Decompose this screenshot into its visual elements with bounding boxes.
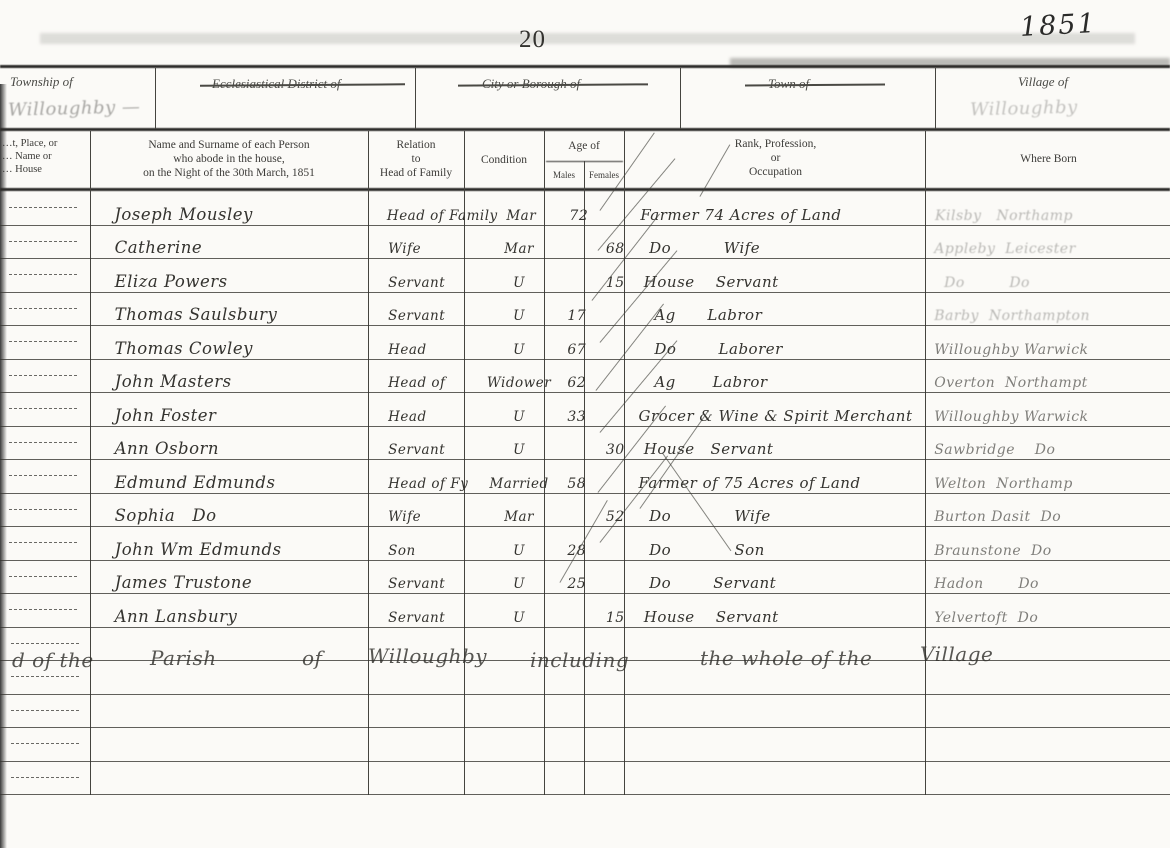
address-cell [0, 594, 87, 627]
condition-cell: U [481, 393, 558, 426]
where-born-cell: Braunstone Do [928, 527, 1170, 560]
year-annotation: 1851 [1019, 8, 1097, 43]
where-born-cell: Kilsby Northamp [929, 192, 1170, 225]
rule-line [0, 128, 1170, 131]
census-row: CatherineWifeMar68 Do WifeAppleby Leices… [0, 226, 1170, 260]
condition-cell: Mar [481, 226, 558, 259]
census-row: Ann OsbornServantU30 House ServantSawbri… [0, 427, 1170, 461]
condition-cell: Mar [481, 494, 558, 527]
condition-cell: U [481, 561, 558, 594]
census-row: John Wm EdmundsSonU28 Do SonBraunstone D… [0, 527, 1170, 561]
where-born-cell: Do Do [928, 259, 1170, 292]
where-born-cell: Barby Northampton [928, 293, 1170, 326]
village-label: Village of [1018, 74, 1068, 90]
name-column-header: Name and Surname of each Person who abod… [92, 138, 366, 180]
census-scan-page: 20 1851 Township of Willoughby — Ecclesi… [0, 0, 1170, 848]
occupation-cell: Ag Labror [635, 360, 929, 393]
age-males-cell [558, 427, 597, 460]
name-cell: Sophia Do [87, 494, 383, 527]
column-divider [680, 68, 681, 129]
footer-note-segment: of [302, 646, 322, 670]
age-females-cell: 15 [596, 594, 635, 627]
footer-note-segment: the whole of the [700, 646, 872, 670]
header-line: Name and Surname of each Person [92, 138, 366, 152]
relation-cell: Servant [382, 561, 480, 594]
page-number: 20 [519, 26, 546, 54]
relation-cell: Wife [382, 494, 480, 527]
condition-cell: Married [481, 460, 558, 493]
relation-cell: Servant [382, 259, 480, 292]
condition-cell: Widower [481, 360, 558, 393]
condition-cell: U [481, 527, 558, 560]
ditto-dash [9, 375, 77, 376]
ditto-dash [9, 475, 77, 476]
condition-cell: U [481, 326, 558, 359]
census-row: Ann LansburyServantU15 House ServantYelv… [0, 594, 1170, 628]
column-divider [935, 68, 936, 129]
header-line: who abode in the house, [92, 152, 366, 166]
address-cell [0, 259, 87, 292]
rule-line [0, 188, 1170, 191]
footer-note-segment: Village [920, 642, 993, 666]
ditto-dash [9, 274, 77, 275]
where-born-cell: Appleby Leicester [928, 226, 1170, 259]
census-row: John FosterHeadU33Grocer & Wine & Spirit… [0, 393, 1170, 427]
address-cell [0, 460, 87, 493]
name-cell: John Foster [87, 393, 383, 426]
address-cell [0, 393, 87, 426]
address-cell [0, 293, 87, 326]
relation-column-header: Relation to Head of Family [370, 138, 462, 180]
age-males-cell: 17 [558, 293, 597, 326]
address-cell [0, 695, 90, 728]
relation-cell: Head of [382, 360, 480, 393]
census-row: Eliza PowersServantU15 House Servant Do … [0, 259, 1170, 293]
age-males-cell: 67 [558, 326, 597, 359]
footer-note-segment: Parish [150, 646, 217, 670]
age-column-header: Age of [546, 139, 622, 153]
header-line: Occupation [626, 165, 925, 179]
empty-row [0, 762, 1170, 796]
relation-cell: Head [382, 393, 480, 426]
occupation-cell: House Servant [635, 594, 929, 627]
relation-cell: Head of Fy [382, 460, 480, 493]
relation-cell: Servant [382, 594, 480, 627]
census-row: Thomas SaulsburyServantU17 Ag LabrorBarb… [0, 293, 1170, 327]
name-cell: Thomas Saulsbury [87, 293, 383, 326]
age-males-cell [558, 226, 597, 259]
ditto-dash [9, 207, 77, 208]
ditto-dash [9, 442, 77, 443]
village-value: Willoughby [970, 97, 1078, 121]
scan-smudge [40, 33, 1135, 44]
occupation-cell: Do Son [635, 527, 929, 560]
name-cell: Thomas Cowley [87, 326, 383, 359]
header-line: … House [2, 164, 88, 177]
ditto-dash [11, 643, 79, 644]
where-born-cell: Welton Northamp [928, 460, 1170, 493]
column-divider [155, 68, 156, 129]
empty-row [0, 728, 1170, 762]
header-line: on the Night of the 30th March, 1851 [92, 166, 366, 180]
age-females-subheader: Females [584, 170, 624, 181]
census-row: Joseph MousleyHead of FamilyMar72Farmer … [0, 192, 1170, 226]
condition-cell: U [481, 293, 558, 326]
ditto-dash [11, 676, 79, 677]
column-divider [415, 68, 416, 129]
where-born-cell: Willoughby Warwick [928, 393, 1170, 426]
name-cell: Catherine [87, 226, 383, 259]
address-cell [0, 561, 87, 594]
census-row: Edmund EdmundsHead of FyMarried58Farmer … [0, 460, 1170, 494]
name-cell: Eliza Powers [87, 259, 383, 292]
where-born-cell: Hadon Do [928, 561, 1170, 594]
header-line: Head of Family [370, 166, 462, 180]
ditto-dash [9, 576, 77, 577]
header-line: Relation [370, 138, 462, 152]
age-males-subheader: Males [545, 170, 583, 181]
age-males-cell [558, 594, 597, 627]
age-males-cell: 58 [558, 460, 597, 493]
condition-column-header: Condition [466, 153, 542, 167]
where-born-cell: Burton Dasit Do [928, 494, 1170, 527]
age-males-cell [558, 259, 597, 292]
strike-mark [745, 84, 885, 86]
occupation-column-header: Rank, Profession, or Occupation [626, 137, 925, 179]
occupation-cell: Do Wife [635, 494, 929, 527]
condition-cell: U [481, 594, 558, 627]
age-males-cell: 62 [558, 360, 597, 393]
name-cell: Ann Osborn [87, 427, 383, 460]
address-cell [0, 762, 90, 795]
occupation-cell: Farmer 74 Acres of Land [636, 192, 929, 225]
occupation-cell: Do Laborer [635, 326, 929, 359]
rule-line [0, 65, 1170, 68]
age-females-cell [596, 326, 635, 359]
census-row: Thomas CowleyHeadU67 Do LaborerWilloughb… [0, 326, 1170, 360]
ditto-dash [9, 509, 77, 510]
relation-cell: Son [382, 527, 480, 560]
address-cell [0, 226, 87, 259]
age-males-cell: 33 [558, 393, 597, 426]
ditto-dash [11, 777, 79, 778]
name-cell: John Wm Edmunds [87, 527, 383, 560]
occupation-cell: Ag Labror [635, 293, 929, 326]
ditto-dash [9, 308, 77, 309]
name-cell: John Masters [87, 360, 383, 393]
relation-cell: Head [382, 326, 480, 359]
where-born-cell: Yelvertoft Do [928, 594, 1170, 627]
address-cell [0, 427, 87, 460]
township-label: Township of [10, 74, 73, 90]
condition-cell: U [481, 259, 558, 292]
ditto-dash [9, 609, 77, 610]
age-females-cell [598, 192, 636, 225]
name-cell: Ann Lansbury [87, 594, 383, 627]
header-line: Rank, Profession, [626, 137, 925, 151]
header-line: to [370, 152, 462, 166]
relation-cell: Head of Family [381, 192, 483, 225]
condition-cell: U [481, 427, 558, 460]
census-row: John MastersHead ofWidower62 Ag LabrorOv… [0, 360, 1170, 394]
ditto-dash [9, 408, 77, 409]
address-cell [0, 728, 90, 761]
address-cell [0, 192, 86, 225]
age-females-cell [596, 561, 635, 594]
address-cell [0, 326, 87, 359]
age-females-cell [596, 527, 635, 560]
footer-note-segment: Willoughby [368, 644, 487, 668]
where-born-column-header: Where Born [927, 152, 1170, 166]
header-line: … Name or [2, 151, 88, 164]
name-cell: Edmund Edmunds [87, 460, 383, 493]
ditto-dash [9, 341, 77, 342]
ditto-dash [9, 241, 77, 242]
where-born-cell: Sawbridge Do [928, 427, 1170, 460]
condition-cell: Mar [483, 192, 560, 225]
address-cell [0, 494, 87, 527]
township-value: Willoughby — [8, 96, 141, 120]
address-column-header: …t, Place, or … Name or … House [2, 138, 88, 176]
empty-row [0, 695, 1170, 729]
relation-cell: Servant [382, 293, 480, 326]
occupation-cell: Do Wife [635, 226, 929, 259]
occupation-cell: House Servant [635, 259, 929, 292]
name-cell: Joseph Mousley [86, 192, 381, 225]
ditto-dash [11, 743, 79, 744]
relation-cell: Servant [382, 427, 480, 460]
census-row: Sophia DoWifeMar52 Do WifeBurton Dasit D… [0, 494, 1170, 528]
ditto-dash [11, 710, 79, 711]
address-cell [0, 360, 87, 393]
footer-note-segment: including [530, 648, 629, 672]
ditto-dash [9, 542, 77, 543]
header-line: …t, Place, or [2, 138, 88, 151]
age-males-cell [558, 494, 597, 527]
relation-cell: Wife [382, 226, 480, 259]
where-born-cell: Willoughby Warwick [928, 326, 1170, 359]
occupation-cell: Grocer & Wine & Spirit Merchant [635, 393, 929, 426]
age-males-cell: 72 [560, 192, 598, 225]
where-born-cell: Overton Northampt [928, 360, 1170, 393]
address-cell [0, 527, 87, 560]
census-row: James TrustoneServantU25 Do ServantHadon… [0, 561, 1170, 595]
occupation-cell: Do Servant [635, 561, 929, 594]
census-table-body: Joseph MousleyHead of FamilyMar72Farmer … [0, 192, 1170, 795]
name-cell: James Trustone [87, 561, 383, 594]
footer-note-segment: d of the [12, 648, 94, 672]
